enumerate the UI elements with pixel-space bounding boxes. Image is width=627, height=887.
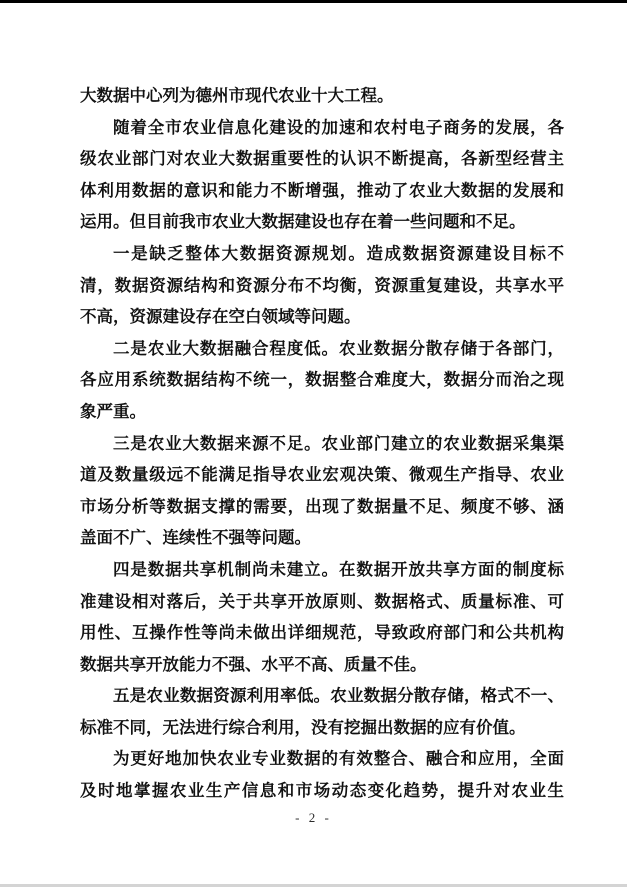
text-line: 运用。但目前我市农业大数据建设也存在着一些问题和不足。: [80, 207, 564, 239]
text-line: 大数据中心列为德州市现代农业十大工程。: [80, 81, 564, 113]
text-line: 四是数据共享机制尚未建立。在数据开放共享方面的制度标: [80, 555, 564, 587]
text-line: 市场分析等数据支撑的需要，出现了数据量不足、频度不够、涵: [80, 492, 564, 524]
text-line: 及时地掌握农业生产信息和市场动态变化趋势，提升对农业生: [80, 776, 564, 808]
text-line: 体利用数据的意识和能力不断增强，推动了农业大数据的发展和: [80, 176, 564, 208]
text-line: 三是农业大数据来源不足。农业部门建立的农业数据采集渠: [80, 429, 564, 461]
text-line: 数据共享开放能力不强、水平不高、质量不佳。: [80, 650, 564, 682]
text-line: 不高，资源建设存在空白领域等问题。: [80, 302, 564, 334]
text-line: 清，数据资源结构和资源分布不均衡，资源重复建设，共享水平: [80, 271, 564, 303]
page-number: - 2 -: [0, 810, 627, 826]
text-line: 随着全市农业信息化建设的加速和农村电子商务的发展，各: [80, 113, 564, 145]
scanned-document-page: 大数据中心列为德州市现代农业十大工程。随着全市农业信息化建设的加速和农村电子商务…: [0, 0, 627, 887]
text-line: 为更好地加快农业专业数据的有效整合、融合和应用，全面: [80, 744, 564, 776]
text-line: 道及数量级远不能满足指导农业宏观决策、微观生产指导、农业: [80, 460, 564, 492]
scan-top-edge: [0, 0, 627, 3]
text-line: 级农业部门对农业大数据重要性的认识不断提高，各新型经营主: [80, 144, 564, 176]
text-line: 准建设相对落后，关于共享开放原则、数据格式、质量标准、可: [80, 587, 564, 619]
text-line: 各应用系统数据结构不统一，数据整合难度大，数据分而治之现: [80, 365, 564, 397]
text-line: 标准不同，无法进行综合利用，没有挖掘出数据的应有价值。: [80, 713, 564, 745]
text-line: 一是缺乏整体大数据资源规划。造成数据资源建设目标不: [80, 239, 564, 271]
text-line: 五是农业数据资源利用率低。农业数据分散存储，格式不一、: [80, 681, 564, 713]
document-body: 大数据中心列为德州市现代农业十大工程。随着全市农业信息化建设的加速和农村电子商务…: [80, 81, 564, 808]
text-line: 盖面不广、连续性不强等问题。: [80, 523, 564, 555]
text-line: 二是农业大数据融合程度低。农业数据分散存储于各部门，: [80, 334, 564, 366]
text-line: 用性、互操作性等尚未做出详细规范，导致政府部门和公共机构: [80, 618, 564, 650]
text-line: 象严重。: [80, 397, 564, 429]
